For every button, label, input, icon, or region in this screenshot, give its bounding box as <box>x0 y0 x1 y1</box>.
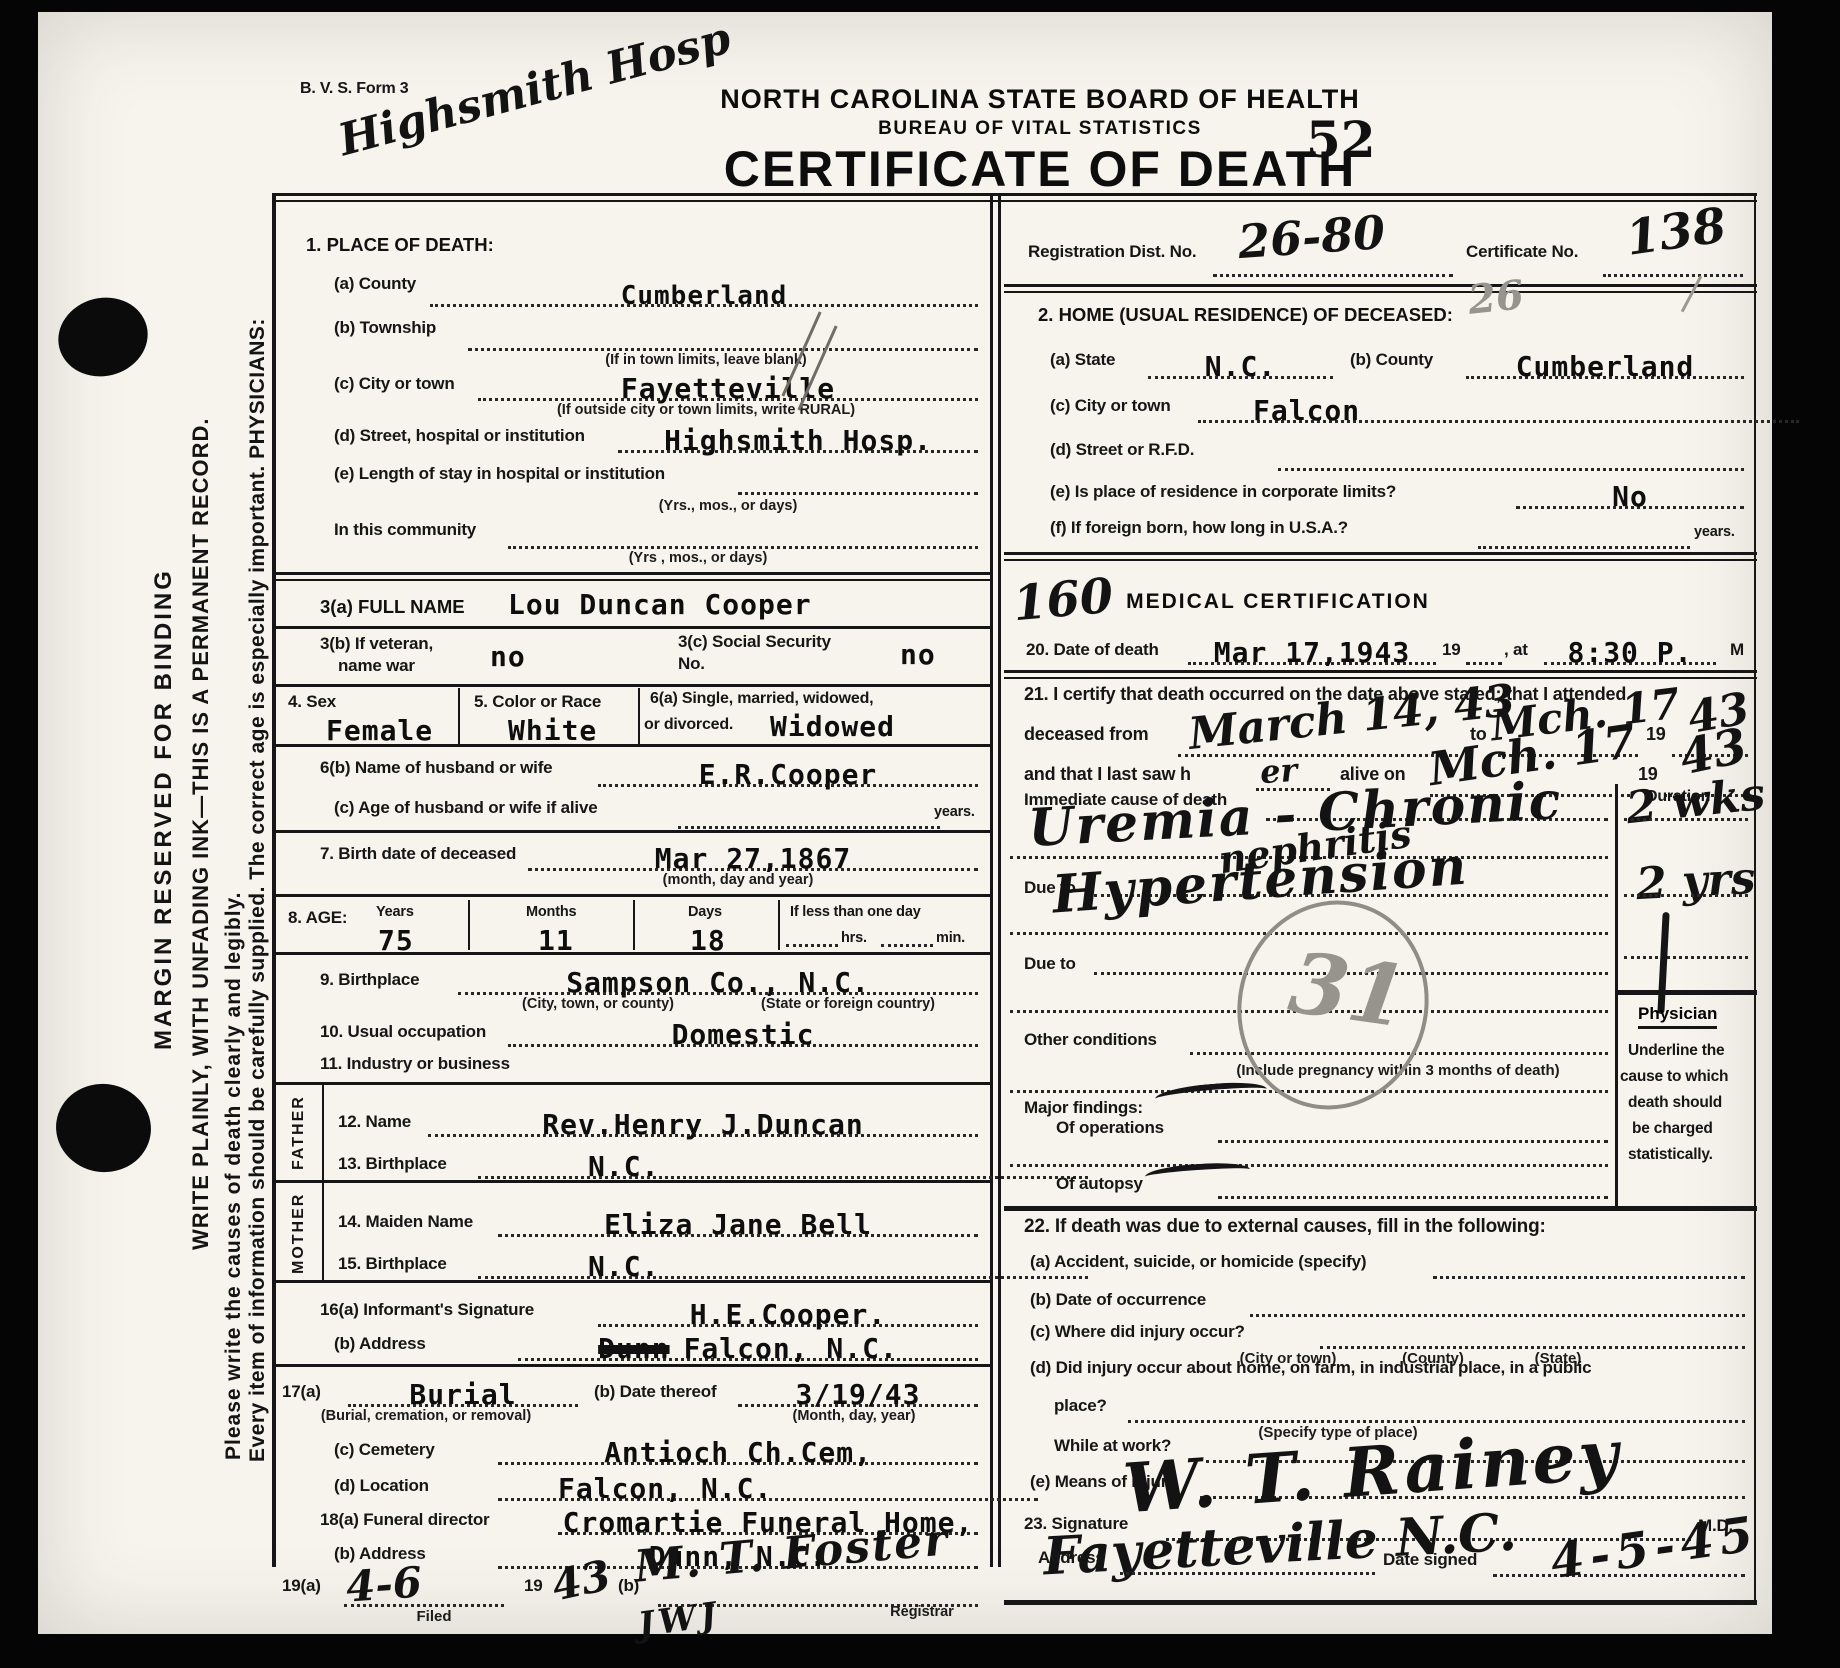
birthdate-value: Mar 27,1867 <box>655 842 851 875</box>
cause-full-line-5 <box>1010 1140 1608 1167</box>
mother-name-label: 14. Maiden Name <box>338 1212 473 1232</box>
occupation-line: Domestic <box>508 1008 978 1047</box>
death-date-label: 20. Date of death <box>1026 640 1159 660</box>
external-c-line <box>1320 1322 1745 1349</box>
age-div-2 <box>633 900 635 950</box>
location-label: (d) Location <box>334 1476 429 1496</box>
place-county-line: Cumberland <box>430 268 978 307</box>
birthdate-label: 7. Birth date of deceased <box>320 844 516 864</box>
fullname-value: Lou Duncan Cooper <box>508 588 812 621</box>
rule-under-sex <box>272 744 990 747</box>
spouse-age-line <box>678 790 940 829</box>
filed-year-value: 43 <box>548 1550 615 1610</box>
mother-name-line: Eliza Jane Bell <box>498 1198 978 1237</box>
spouse-age-label: (c) Age of husband or wife if alive <box>334 798 597 818</box>
certify-to-19: 19 <box>1646 724 1666 745</box>
death-date-at: , at <box>1504 640 1528 660</box>
column-divider <box>990 193 1001 1567</box>
place-township-line <box>468 312 978 351</box>
rule-under-veteran <box>272 684 990 687</box>
informant-sig-label: 16(a) Informant's Signature <box>320 1300 534 1320</box>
race-marital-divider <box>638 688 640 744</box>
place-county-value: Cumberland <box>621 281 788 311</box>
age-months-label: Months <box>526 904 576 920</box>
external-c-label: (c) Where did injury occur? <box>1030 1322 1245 1342</box>
ssn-label-1: 3(c) Social Security <box>678 632 831 652</box>
spouse-label: 6(b) Name of husband or wife <box>320 758 552 778</box>
burial-date-hint: (Month, day, year) <box>793 1408 916 1424</box>
informant-addr-struck: Dunn <box>598 1332 669 1365</box>
industry-label: 11. Industry or business <box>320 1054 510 1074</box>
external-d-label-2: place? <box>1054 1396 1107 1416</box>
cert-no-label: Certificate No. <box>1466 242 1578 262</box>
father-bp-line: N.C. <box>478 1140 1088 1179</box>
saw-label: and that I last saw h <box>1024 764 1191 785</box>
mother-bp-line: N.C. <box>478 1240 1088 1279</box>
reg-rule <box>1004 284 1757 293</box>
birthdate-line: Mar 27,1867 <box>528 832 978 871</box>
place-community-label: In this community <box>334 520 476 540</box>
home-county-line: Cumberland <box>1466 340 1744 379</box>
parents-box-top <box>272 1082 990 1085</box>
autopsy-line <box>1218 1172 1608 1199</box>
due-to-2-label: Due to <box>1024 954 1076 974</box>
external-heading: 22. If death was due to external causes,… <box>1024 1216 1546 1238</box>
margin-physicians-note-line1: Every item of information should be care… <box>246 318 270 1462</box>
director-label: 18(a) Funeral director <box>320 1510 489 1530</box>
duration-line-2 <box>1624 870 1748 897</box>
filed-date-line <box>344 1568 504 1607</box>
section-rule-left <box>272 572 990 581</box>
duration-line-3 <box>1624 932 1748 959</box>
header-rule <box>272 193 1757 202</box>
place-of-death-heading: 1. PLACE OF DEATH: <box>306 234 494 256</box>
sig-addr-line <box>1120 1548 1375 1575</box>
filed-label: 19(a) <box>282 1576 321 1596</box>
underline-note-3: death should <box>1628 1094 1722 1112</box>
external-a-label: (a) Accident, suicide, or homicide (spec… <box>1030 1252 1366 1272</box>
rule-under-age <box>272 952 990 955</box>
home-corporate-value: No <box>1612 480 1648 513</box>
age-days-label: Days <box>688 904 722 920</box>
home-foreign-line <box>1478 510 1690 549</box>
rule-under-informant <box>272 1364 990 1367</box>
duration-divider <box>1615 784 1618 1206</box>
birthdate-hint: (month, day and year) <box>663 872 814 888</box>
father-name-value: Rev.Henry J.Duncan <box>542 1108 863 1141</box>
industry-line <box>528 1046 978 1085</box>
medical-cert-heading: MEDICAL CERTIFICATION <box>1068 590 1488 614</box>
home-corporate-line: No <box>1516 470 1744 509</box>
burial-label: 17(a) <box>282 1382 321 1402</box>
binding-hole-top <box>50 288 156 385</box>
age-hrs-line <box>786 918 838 947</box>
filed-word: Filed <box>416 1608 451 1625</box>
race-label: 5. Color or Race <box>474 692 601 712</box>
external-b-line <box>1250 1290 1745 1317</box>
filed-year-prefix: 19 <box>524 1576 543 1596</box>
major-findings-label: Major findings: <box>1024 1098 1143 1118</box>
cemetery-line: Antioch Ch.Cem, <box>498 1426 978 1465</box>
right-col-bottom <box>1004 1600 1757 1605</box>
place-city-line: Fayetteville <box>478 362 978 401</box>
autopsy-label: Of autopsy <box>1056 1174 1143 1194</box>
external-b-label: (b) Date of occurrence <box>1030 1290 1206 1310</box>
underline-note-2: cause to which <box>1620 1068 1728 1086</box>
informant-addr-value: Falcon, N.C. <box>684 1332 898 1365</box>
home-state-label: (a) State <box>1050 350 1115 370</box>
certificate-paper: MARGIN RESERVED FOR BINDING WRITE PLAINL… <box>38 12 1772 1634</box>
form-left-border <box>272 193 276 1567</box>
birthplace-line: Sampson Co., N.C. <box>458 956 978 995</box>
age-div-1 <box>468 900 470 950</box>
ssn-value: no <box>900 638 936 671</box>
certify-from-label: deceased from <box>1024 724 1148 745</box>
age-min-line <box>881 918 933 947</box>
place-community-hint: (Yrs , mos., or days) <box>629 550 768 566</box>
home-heading: 2. HOME (USUAL RESIDENCE) OF DECEASED: <box>1038 304 1453 326</box>
informant-addr-line: Dunn Falcon, N.C. <box>518 1322 978 1361</box>
other-conditions-label: Other conditions <box>1024 1030 1157 1050</box>
place-stay-line <box>738 456 978 495</box>
spouse-line: E.R.Cooper <box>598 748 978 787</box>
age-years-label: Years <box>376 904 414 920</box>
burial-method-hint: (Burial, cremation, or removal) <box>321 1408 531 1424</box>
physician-word: Physician <box>1638 1004 1717 1029</box>
scan-edge-top <box>0 0 1840 12</box>
veteran-value: no <box>490 640 526 673</box>
home-county-pencil: 26 <box>1466 271 1526 324</box>
home-street-label: (d) Street or R.F.D. <box>1050 440 1194 460</box>
birthplace-label: 9. Birthplace <box>320 970 419 990</box>
home-city-label: (c) City or town <box>1050 396 1171 416</box>
home-county-label: (b) County <box>1350 350 1433 370</box>
margin-physicians-note-line2: Please write the causes of death clearly… <box>222 892 246 1460</box>
external-d-line <box>1128 1396 1745 1423</box>
home-state-line: N.C. <box>1148 340 1333 379</box>
sex-value: Female <box>326 714 433 747</box>
death-time-value: 8:30 P. <box>1567 636 1692 669</box>
birthplace-value: Sampson Co., N.C. <box>566 966 870 999</box>
father-side-label: FATHER <box>290 1095 308 1170</box>
home-city-line: Falcon <box>1198 384 1799 423</box>
place-community-line <box>508 510 978 549</box>
scanned-death-certificate: { "header": { "form_no": "B. V. S. Form … <box>0 0 1840 1668</box>
place-township-label: (b) Township <box>334 318 436 338</box>
death-date-19-line <box>1466 638 1502 665</box>
mother-bp-value: N.C. <box>588 1250 659 1283</box>
external-a-line <box>1433 1252 1745 1279</box>
sig-date-label: Date signed <box>1383 1550 1477 1570</box>
home-city-value: Falcon <box>1253 394 1360 427</box>
marital-label-2: or divorced. <box>644 716 733 734</box>
father-name-line: Rev.Henry J.Duncan <box>428 1098 978 1137</box>
death-time-line: 8:30 P. <box>1544 626 1716 665</box>
marital-label-1: 6(a) Single, married, widowed, <box>650 690 873 708</box>
spouse-age-suffix: years. <box>934 804 975 820</box>
sex-label: 4. Sex <box>288 692 336 712</box>
age-hrs-label: hrs. <box>841 930 867 946</box>
parents-box-bottom <box>272 1280 990 1283</box>
home-county-value: Cumberland <box>1516 350 1695 383</box>
death-date-line: Mar 17,1943 <box>1188 626 1436 665</box>
father-bp-value: N.C. <box>588 1150 659 1183</box>
reg-dist-value: 26-80 <box>1236 205 1387 269</box>
burial-date-label: (b) Date thereof <box>594 1382 716 1402</box>
pencil-tick <box>1681 276 1702 313</box>
duration-line-1 <box>1624 794 1748 821</box>
scan-edge-bottom <box>0 1634 1840 1668</box>
burial-method-line: Burial <box>348 1368 578 1407</box>
place-stay-label: (e) Length of stay in hospital or instit… <box>334 464 665 484</box>
veteran-label-2: name war <box>338 656 415 676</box>
ssn-label-2: No. <box>678 654 705 674</box>
burial-date-value: 3/19/43 <box>795 1378 920 1411</box>
duration-thick-rule <box>1615 990 1757 995</box>
age-label: 8. AGE: <box>288 908 347 928</box>
informant-addr-label: (b) Address <box>334 1334 426 1354</box>
mother-bp-label: 15. Birthplace <box>338 1254 447 1274</box>
reg-dist-label: Registration Dist. No. <box>1028 242 1196 262</box>
home-corporate-label: (e) Is place of residence in corporate l… <box>1050 482 1396 502</box>
operations-line <box>1218 1116 1608 1143</box>
place-street-value: Highsmith Hosp. <box>664 424 932 457</box>
race-value: White <box>508 714 597 747</box>
external-d-label-1: (d) Did injury occur about home, on farm… <box>1030 1358 1591 1378</box>
ink-blot-stroke <box>1657 912 1669 1014</box>
scan-edge-left <box>0 0 38 1668</box>
sheet-number: 52 <box>1306 110 1376 169</box>
cemetery-label: (c) Cemetery <box>334 1440 435 1460</box>
binding-hole-bottom <box>50 1078 156 1178</box>
mother-side-label: MOTHER <box>290 1193 308 1274</box>
margin-permanent-note: WRITE PLAINLY, WITH UNFADING INK—THIS IS… <box>188 418 214 1250</box>
spouse-value: E.R.Cooper <box>699 758 878 791</box>
rule-under-fullname <box>272 626 990 629</box>
operations-label: Of operations <box>1056 1118 1164 1138</box>
underline-note-1: Underline the <box>1628 1042 1724 1060</box>
scan-edge-right <box>1772 0 1840 1668</box>
home-bottom-rule <box>1004 552 1757 561</box>
underline-note-5: statistically. <box>1628 1146 1713 1164</box>
burial-method-value: Burial <box>409 1378 516 1411</box>
mother-name-value: Eliza Jane Bell <box>604 1208 872 1241</box>
place-street-line: Highsmith Hosp. <box>618 414 978 453</box>
father-name-label: 12. Name <box>338 1112 411 1132</box>
home-foreign-label: (f) If foreign born, how long in U.S.A.? <box>1050 518 1348 538</box>
margin-binding-note: MARGIN RESERVED FOR BINDING <box>150 568 178 1050</box>
father-mother-rule <box>272 1180 990 1183</box>
death-date-value: Mar 17,1943 <box>1214 636 1410 669</box>
fullname-label: 3(a) FULL NAME <box>320 596 465 618</box>
veteran-label-1: 3(b) If veteran, <box>320 634 433 654</box>
home-foreign-suffix: years. <box>1694 524 1735 540</box>
form-number: B. V. S. Form 3 <box>300 80 408 98</box>
place-street-label: (d) Street, hospital or institution <box>334 426 585 446</box>
rule-under-birthdate <box>272 894 990 897</box>
father-bp-label: 13. Birthplace <box>338 1154 447 1174</box>
registrar-word: Registrar <box>890 1604 954 1620</box>
burial-date-line: 3/19/43 <box>738 1368 978 1407</box>
marital-value: Widowed <box>770 710 895 743</box>
place-city-label: (c) City or town <box>334 374 455 394</box>
age-div-3 <box>778 900 780 950</box>
death-date-19: 19 <box>1442 640 1461 660</box>
sig-addr-label: Address <box>1038 1548 1105 1568</box>
home-street-line <box>1278 432 1744 471</box>
age-min-label: min. <box>936 930 965 946</box>
cause-block-bottom <box>1004 1206 1757 1211</box>
occupation-label: 10. Usual occupation <box>320 1022 486 1042</box>
sex-race-divider <box>458 688 460 744</box>
place-county-label: (a) County <box>334 274 416 294</box>
rule-under-death-date <box>1004 670 1757 679</box>
pencil-circle-number: 31 <box>1284 932 1414 1046</box>
underline-note-4: be charged <box>1632 1120 1713 1138</box>
home-state-value: N.C. <box>1205 350 1276 383</box>
death-time-m: M <box>1730 640 1744 660</box>
